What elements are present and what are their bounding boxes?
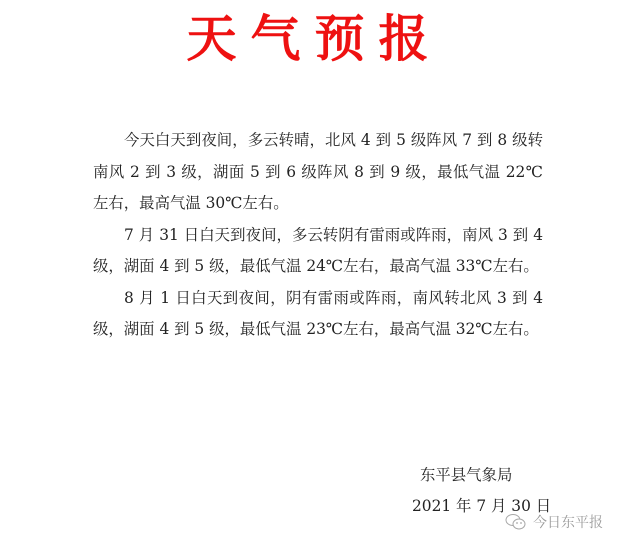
wechat-icon: [505, 513, 527, 531]
forecast-aug-1: 8 月 1 日白天到夜间，阴有雷雨或阵雨，南风转北风 3 到 4 级，湖面 4 …: [93, 283, 543, 346]
signature-organization: 东平县气象局: [420, 465, 512, 485]
forecast-jul-31: 7 月 31 日白天到夜间，多云转阴有雷雨或阵雨，南风 3 到 4 级，湖面 4…: [93, 220, 543, 283]
forecast-today: 今天白天到夜间，多云转晴，北风 4 到 5 级阵风 7 到 8 级转南风 2 到…: [93, 125, 543, 220]
page-title: 天气预报: [0, 8, 629, 70]
watermark-text: 今日东平报: [533, 512, 603, 532]
watermark: 今日东平报: [505, 512, 603, 532]
forecast-body: 今天白天到夜间，多云转晴，北风 4 到 5 级阵风 7 到 8 级转南风 2 到…: [93, 125, 543, 346]
